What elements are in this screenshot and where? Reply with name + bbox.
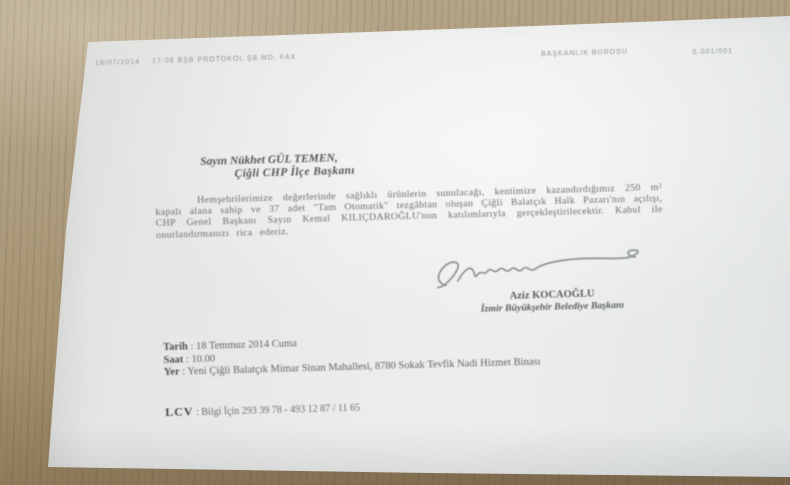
lcv-label: LCV [165, 404, 194, 419]
time-value: : 10.00 [186, 353, 215, 365]
photo-of-letter: { "photo": { "description": "Photograph … [0, 0, 790, 485]
date-value: : 18 Temmuz 2014 Cuma [190, 338, 297, 352]
recipient-block: Sayın Nükhet GÜL TEMEN, Çiğli CHP İlçe B… [200, 152, 355, 182]
time-label: Saat [163, 354, 183, 366]
fax-header-page: S.001/001 [692, 48, 733, 56]
document-paper [0, 0, 790, 485]
date-label: Tarih [163, 341, 188, 353]
place-label: Yer [164, 367, 180, 378]
fax-header-date: 18/07/2014 [95, 59, 140, 67]
